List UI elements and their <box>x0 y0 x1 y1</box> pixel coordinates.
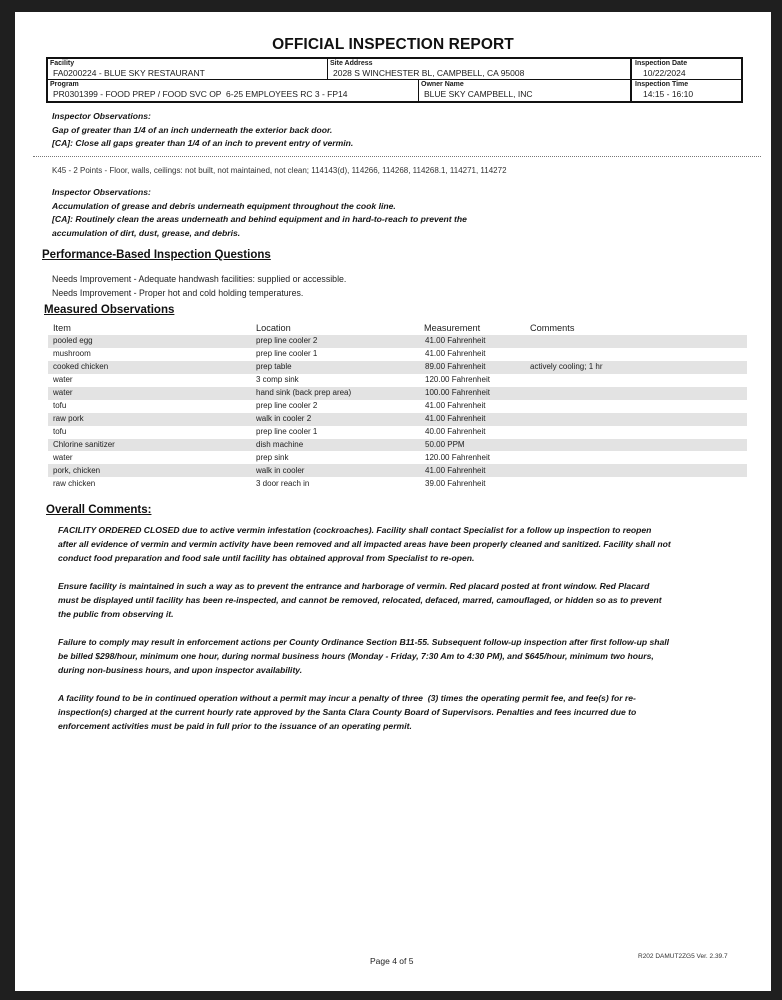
site-address-cell: Site Address 2028 S WINCHESTER BL, CAMPB… <box>328 59 632 80</box>
column-header-location: Location <box>251 321 419 335</box>
inspection-date-label: Inspection Date <box>635 60 741 68</box>
overall-comments-heading: Overall Comments: <box>46 504 151 516</box>
table-row: mushroomprep line cooler 141.00 Fahrenhe… <box>48 348 747 361</box>
cell-measurement: 39.00 Fahrenheit <box>419 477 525 490</box>
inspection-date-value: 10/22/2024 <box>635 68 741 79</box>
owner-name-value: BLUE SKY CAMPBELL, INC <box>421 89 630 100</box>
observation-heading: Inspector Observations: <box>52 110 353 124</box>
cell-item: pooled egg <box>48 335 251 348</box>
cell-location: prep line cooler 2 <box>251 400 419 413</box>
observation-heading: Inspector Observations: <box>52 186 467 200</box>
table-row: waterhand sink (back prep area)100.00 Fa… <box>48 387 747 400</box>
table-row: waterprep sink120.00 Fahrenheit <box>48 451 747 464</box>
column-header-measurement: Measurement <box>419 321 525 335</box>
corrective-action: [CA]: Routinely clean the areas undernea… <box>52 213 467 227</box>
cell-location: prep line cooler 1 <box>251 348 419 361</box>
cell-location: prep line cooler 1 <box>251 426 419 439</box>
cell-location: walk in cooler 2 <box>251 413 419 426</box>
facility-cell: Facility FA0200224 - BLUE SKY RESTAURANT <box>48 59 328 80</box>
cell-measurement: 40.00 Fahrenheit <box>419 426 525 439</box>
facility-label: Facility <box>50 60 327 68</box>
table-row: raw porkwalk in cooler 241.00 Fahrenheit <box>48 413 747 426</box>
inspector-observations-2: Inspector Observations: Accumulation of … <box>52 186 467 240</box>
violation-k45: K45 - 2 Points - Floor, walls, ceilings:… <box>52 166 507 175</box>
cell-item: mushroom <box>48 348 251 361</box>
table-row: tofuprep line cooler 140.00 Fahrenheit <box>48 426 747 439</box>
cell-location: prep line cooler 2 <box>251 335 419 348</box>
cell-measurement: 41.00 Fahrenheit <box>419 348 525 361</box>
table-row: raw chicken3 door reach in39.00 Fahrenhe… <box>48 477 747 490</box>
program-value: PR0301399 - FOOD PREP / FOOD SVC OP 6-25… <box>50 89 418 100</box>
inspection-time-label: Inspection Time <box>635 81 741 89</box>
overall-comment-paragraph: A facility found to be in continued oper… <box>58 691 672 733</box>
cell-measurement: 100.00 Fahrenheit <box>419 387 525 400</box>
corrective-action: [CA]: Close all gaps greater than 1/4 of… <box>52 137 353 151</box>
section-divider <box>33 156 761 157</box>
measured-rows: pooled eggprep line cooler 241.00 Fahren… <box>48 335 747 490</box>
corrective-action-cont: accumulation of dirt, dust, grease, and … <box>52 227 467 241</box>
cell-item: pork, chicken <box>48 464 251 477</box>
facility-value: FA0200224 - BLUE SKY RESTAURANT <box>50 68 327 79</box>
cell-item: raw chicken <box>48 477 251 490</box>
cell-item: tofu <box>48 400 251 413</box>
overall-comment-paragraph: Failure to comply may result in enforcem… <box>58 635 672 677</box>
performance-item: Needs Improvement - Proper hot and cold … <box>52 286 346 300</box>
measured-observations-table: Item Location Measurement Comments poole… <box>48 321 747 490</box>
inspection-time-value: 14:15 - 16:10 <box>635 89 741 100</box>
cell-comments <box>525 387 747 400</box>
site-address-value: 2028 S WINCHESTER BL, CAMPBELL, CA 95008 <box>330 68 630 79</box>
cell-comments <box>525 439 747 452</box>
cell-comments <box>525 426 747 439</box>
performance-heading: Performance-Based Inspection Questions <box>42 249 271 261</box>
table-row: pork, chickenwalk in cooler41.00 Fahrenh… <box>48 464 747 477</box>
cell-measurement: 120.00 Fahrenheit <box>419 374 525 387</box>
cell-location: prep sink <box>251 451 419 464</box>
header-table: Facility FA0200224 - BLUE SKY RESTAURANT… <box>46 57 743 103</box>
inspection-date-cell: Inspection Date 10/22/2024 <box>632 59 741 80</box>
table-header-row: Item Location Measurement Comments <box>48 321 747 335</box>
column-header-item: Item <box>48 321 251 335</box>
cell-item: tofu <box>48 426 251 439</box>
inspector-observations-1: Inspector Observations: Gap of greater t… <box>52 110 353 151</box>
observation-line: Accumulation of grease and debris undern… <box>52 200 467 214</box>
report-page: OFFICIAL INSPECTION REPORT Facility FA02… <box>15 12 771 991</box>
cell-measurement: 41.00 Fahrenheit <box>419 464 525 477</box>
owner-name-cell: Owner Name BLUE SKY CAMPBELL, INC <box>419 80 632 101</box>
inspection-time-cell: Inspection Time 14:15 - 16:10 <box>632 80 741 101</box>
program-label: Program <box>50 81 418 89</box>
cell-item: water <box>48 387 251 400</box>
cell-item: water <box>48 374 251 387</box>
cell-comments <box>525 374 747 387</box>
cell-location: hand sink (back prep area) <box>251 387 419 400</box>
report-title: OFFICIAL INSPECTION REPORT <box>15 36 771 54</box>
table-row: cooked chickenprep table89.00 Fahrenheit… <box>48 361 747 374</box>
performance-list: Needs Improvement - Adequate handwash fa… <box>52 272 346 300</box>
performance-item: Needs Improvement - Adequate handwash fa… <box>52 272 346 286</box>
cell-location: 3 door reach in <box>251 477 419 490</box>
cell-location: prep table <box>251 361 419 374</box>
cell-comments <box>525 335 747 348</box>
cell-comments: actively cooling; 1 hr <box>525 361 747 374</box>
cell-item: Chlorine sanitizer <box>48 439 251 452</box>
overall-comment-paragraph: Ensure facility is maintained in such a … <box>58 579 672 621</box>
column-header-comments: Comments <box>525 321 747 335</box>
measured-observations-heading: Measured Observations <box>44 304 174 316</box>
cell-measurement: 120.00 Fahrenheit <box>419 451 525 464</box>
table-row: Chlorine sanitizerdish machine50.00 PPM <box>48 439 747 452</box>
cell-location: walk in cooler <box>251 464 419 477</box>
table-row: pooled eggprep line cooler 241.00 Fahren… <box>48 335 747 348</box>
cell-measurement: 89.00 Fahrenheit <box>419 361 525 374</box>
cell-comments <box>525 400 747 413</box>
observation-line: Gap of greater than 1/4 of an inch under… <box>52 124 353 138</box>
site-address-label: Site Address <box>330 60 630 68</box>
overall-comments: FACILITY ORDERED CLOSED due to active ve… <box>58 523 672 747</box>
cell-location: 3 comp sink <box>251 374 419 387</box>
owner-name-label: Owner Name <box>421 81 630 89</box>
cell-comments <box>525 348 747 361</box>
cell-measurement: 41.00 Fahrenheit <box>419 400 525 413</box>
table-row: water3 comp sink120.00 Fahrenheit <box>48 374 747 387</box>
cell-location: dish machine <box>251 439 419 452</box>
cell-measurement: 41.00 Fahrenheit <box>419 413 525 426</box>
cell-item: cooked chicken <box>48 361 251 374</box>
version-label: R202 DAMUT2ZG5 Ver. 2.39.7 <box>638 953 728 960</box>
overall-comment-paragraph: FACILITY ORDERED CLOSED due to active ve… <box>58 523 672 565</box>
program-cell: Program PR0301399 - FOOD PREP / FOOD SVC… <box>48 80 419 101</box>
cell-measurement: 50.00 PPM <box>419 439 525 452</box>
cell-measurement: 41.00 Fahrenheit <box>419 335 525 348</box>
cell-comments <box>525 477 747 490</box>
cell-comments <box>525 451 747 464</box>
cell-comments <box>525 413 747 426</box>
cell-item: raw pork <box>48 413 251 426</box>
page-number: Page 4 of 5 <box>370 956 413 966</box>
cell-comments <box>525 464 747 477</box>
cell-item: water <box>48 451 251 464</box>
table-row: tofuprep line cooler 241.00 Fahrenheit <box>48 400 747 413</box>
